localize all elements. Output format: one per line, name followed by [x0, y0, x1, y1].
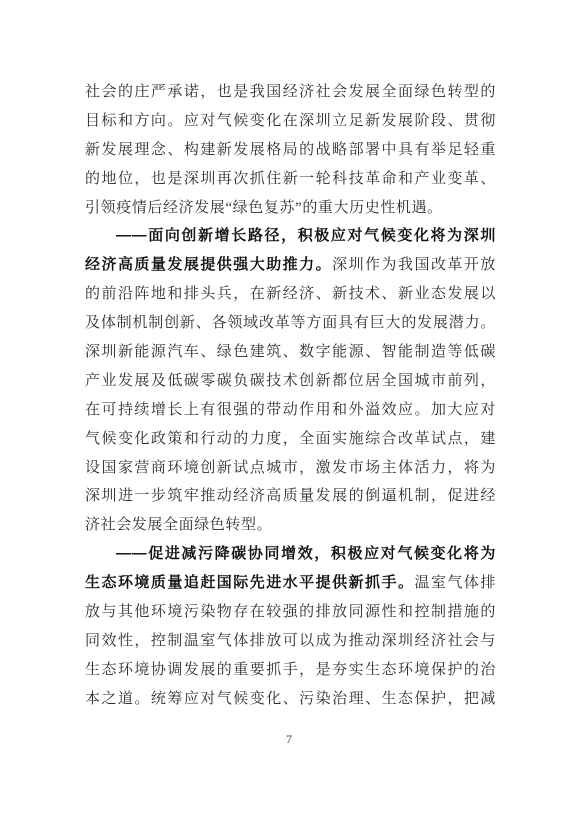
- body-text: 产业发展及低碳零碳负碳技术创新都位居全国城市前列，: [85, 373, 496, 389]
- document-body: 社会的庄严承诺，也是我国经济社会发展全面绿色转型的 目标和方向。应对气候变化在深…: [85, 78, 496, 714]
- document-page: 社会的庄严承诺，也是我国经济社会发展全面绿色转型的 目标和方向。应对气候变化在深…: [0, 0, 578, 818]
- heiti-bold-text: ——促进减污降碳协同增效，积极应对气候变化将为: [116, 545, 496, 562]
- heiti-bold-text: 经济高质量发展提供强大助推力。: [85, 256, 332, 273]
- text-line: 的前沿阵地和排头兵，在新经济、新技术、新业态发展以: [85, 280, 496, 309]
- text-line: 目标和方向。应对气候变化在深圳立足新发展阶段、贯彻: [85, 107, 496, 136]
- body-text: 同效性，控制温室气体排放可以成为推动深圳经济社会与: [85, 633, 496, 649]
- body-text: 在可持续增长上有很强的带动作用和外溢效应。加大应对: [85, 402, 496, 418]
- body-text: 深圳作为我国改革开放: [332, 257, 496, 273]
- body-text: 设国家营商环境创新试点城市，激发市场主体活力，将为: [85, 460, 496, 476]
- text-line: 产业发展及低碳零碳负碳技术创新都位居全国城市前列，: [85, 367, 496, 396]
- text-line: 及体制机制创新、各领域改革等方面具有巨大的发展潜力。: [85, 309, 496, 338]
- body-text: 社会的庄严承诺，也是我国经济社会发展全面绿色转型的: [85, 84, 496, 100]
- text-line: 深圳新能源汽车、绿色建筑、数字能源、智能制造等低碳: [85, 338, 496, 367]
- text-line-paragraph-lead: ——促进减污降碳协同增效，积极应对气候变化将为: [85, 540, 496, 569]
- body-text: 济社会发展全面绿色转型。: [85, 517, 272, 533]
- text-line: 生态环境质量追赶国际先进水平提供新抓手。温室气体排: [85, 569, 496, 598]
- text-line: 在可持续增长上有很强的带动作用和外溢效应。加大应对: [85, 396, 496, 425]
- text-line: 引领疫情后经济发展“绿色复苏”的重大历史性机遇。: [85, 194, 496, 223]
- text-line: 生态环境协调发展的重要抓手，是夯实生态环境保护的治: [85, 656, 496, 685]
- body-text: 本之道。统筹应对气候变化、污染治理、生态保护，把减: [85, 691, 496, 707]
- text-line-paragraph-lead: ——面向创新增长路径，积极应对气候变化将为深圳: [85, 222, 496, 251]
- text-line: 的地位，也是深圳再次抓住新一轮科技革命和产业变革、: [85, 165, 496, 194]
- body-text: 目标和方向。应对气候变化在深圳立足新发展阶段、贯彻: [85, 113, 496, 129]
- text-line: 同效性，控制温室气体排放可以成为推动深圳经济社会与: [85, 627, 496, 656]
- heiti-bold-text: ——面向创新增长路径，积极应对气候变化将为深圳: [116, 227, 496, 244]
- body-text: 的地位，也是深圳再次抓住新一轮科技革命和产业变革、: [85, 171, 496, 187]
- body-text: 引领疫情后经济发展“绿色复苏”的重大历史性机遇。: [85, 200, 443, 216]
- text-line: 新发展理念、构建新发展格局的战略部署中具有举足轻重: [85, 136, 496, 165]
- body-text: 的前沿阵地和排头兵，在新经济、新技术、新业态发展以: [85, 286, 496, 302]
- text-line: 济社会发展全面绿色转型。: [85, 511, 496, 540]
- text-line: 设国家营商环境创新试点城市，激发市场主体活力，将为: [85, 454, 496, 483]
- text-line: 本之道。统筹应对气候变化、污染治理、生态保护，把减: [85, 685, 496, 714]
- body-text: 新发展理念、构建新发展格局的战略部署中具有举足轻重: [85, 142, 496, 158]
- body-text: 生态环境协调发展的重要抓手，是夯实生态环境保护的治: [85, 662, 496, 678]
- body-text: 温室气体排: [414, 575, 496, 591]
- body-text: 放与其他环境污染物存在较强的排放同源性和控制措施的: [85, 604, 496, 620]
- page-number: 7: [0, 731, 578, 747]
- text-line: 深圳进一步筑牢推动经济高质量发展的倒逼机制，促进经: [85, 482, 496, 511]
- text-line: 气候变化政策和行动的力度，全面实施综合改革试点，建: [85, 425, 496, 454]
- heiti-bold-text: 生态环境质量追赶国际先进水平提供新抓手。: [85, 574, 414, 591]
- body-text: 深圳新能源汽车、绿色建筑、数字能源、智能制造等低碳: [85, 344, 496, 360]
- body-text: 深圳进一步筑牢推动经济高质量发展的倒逼机制，促进经: [85, 488, 496, 504]
- body-text: 气候变化政策和行动的力度，全面实施综合改革试点，建: [85, 431, 496, 447]
- text-line: 社会的庄严承诺，也是我国经济社会发展全面绿色转型的: [85, 78, 496, 107]
- text-line: 经济高质量发展提供强大助推力。深圳作为我国改革开放: [85, 251, 496, 280]
- body-text: 及体制机制创新、各领域改革等方面具有巨大的发展潜力。: [85, 315, 496, 331]
- text-line: 放与其他环境污染物存在较强的排放同源性和控制措施的: [85, 598, 496, 627]
